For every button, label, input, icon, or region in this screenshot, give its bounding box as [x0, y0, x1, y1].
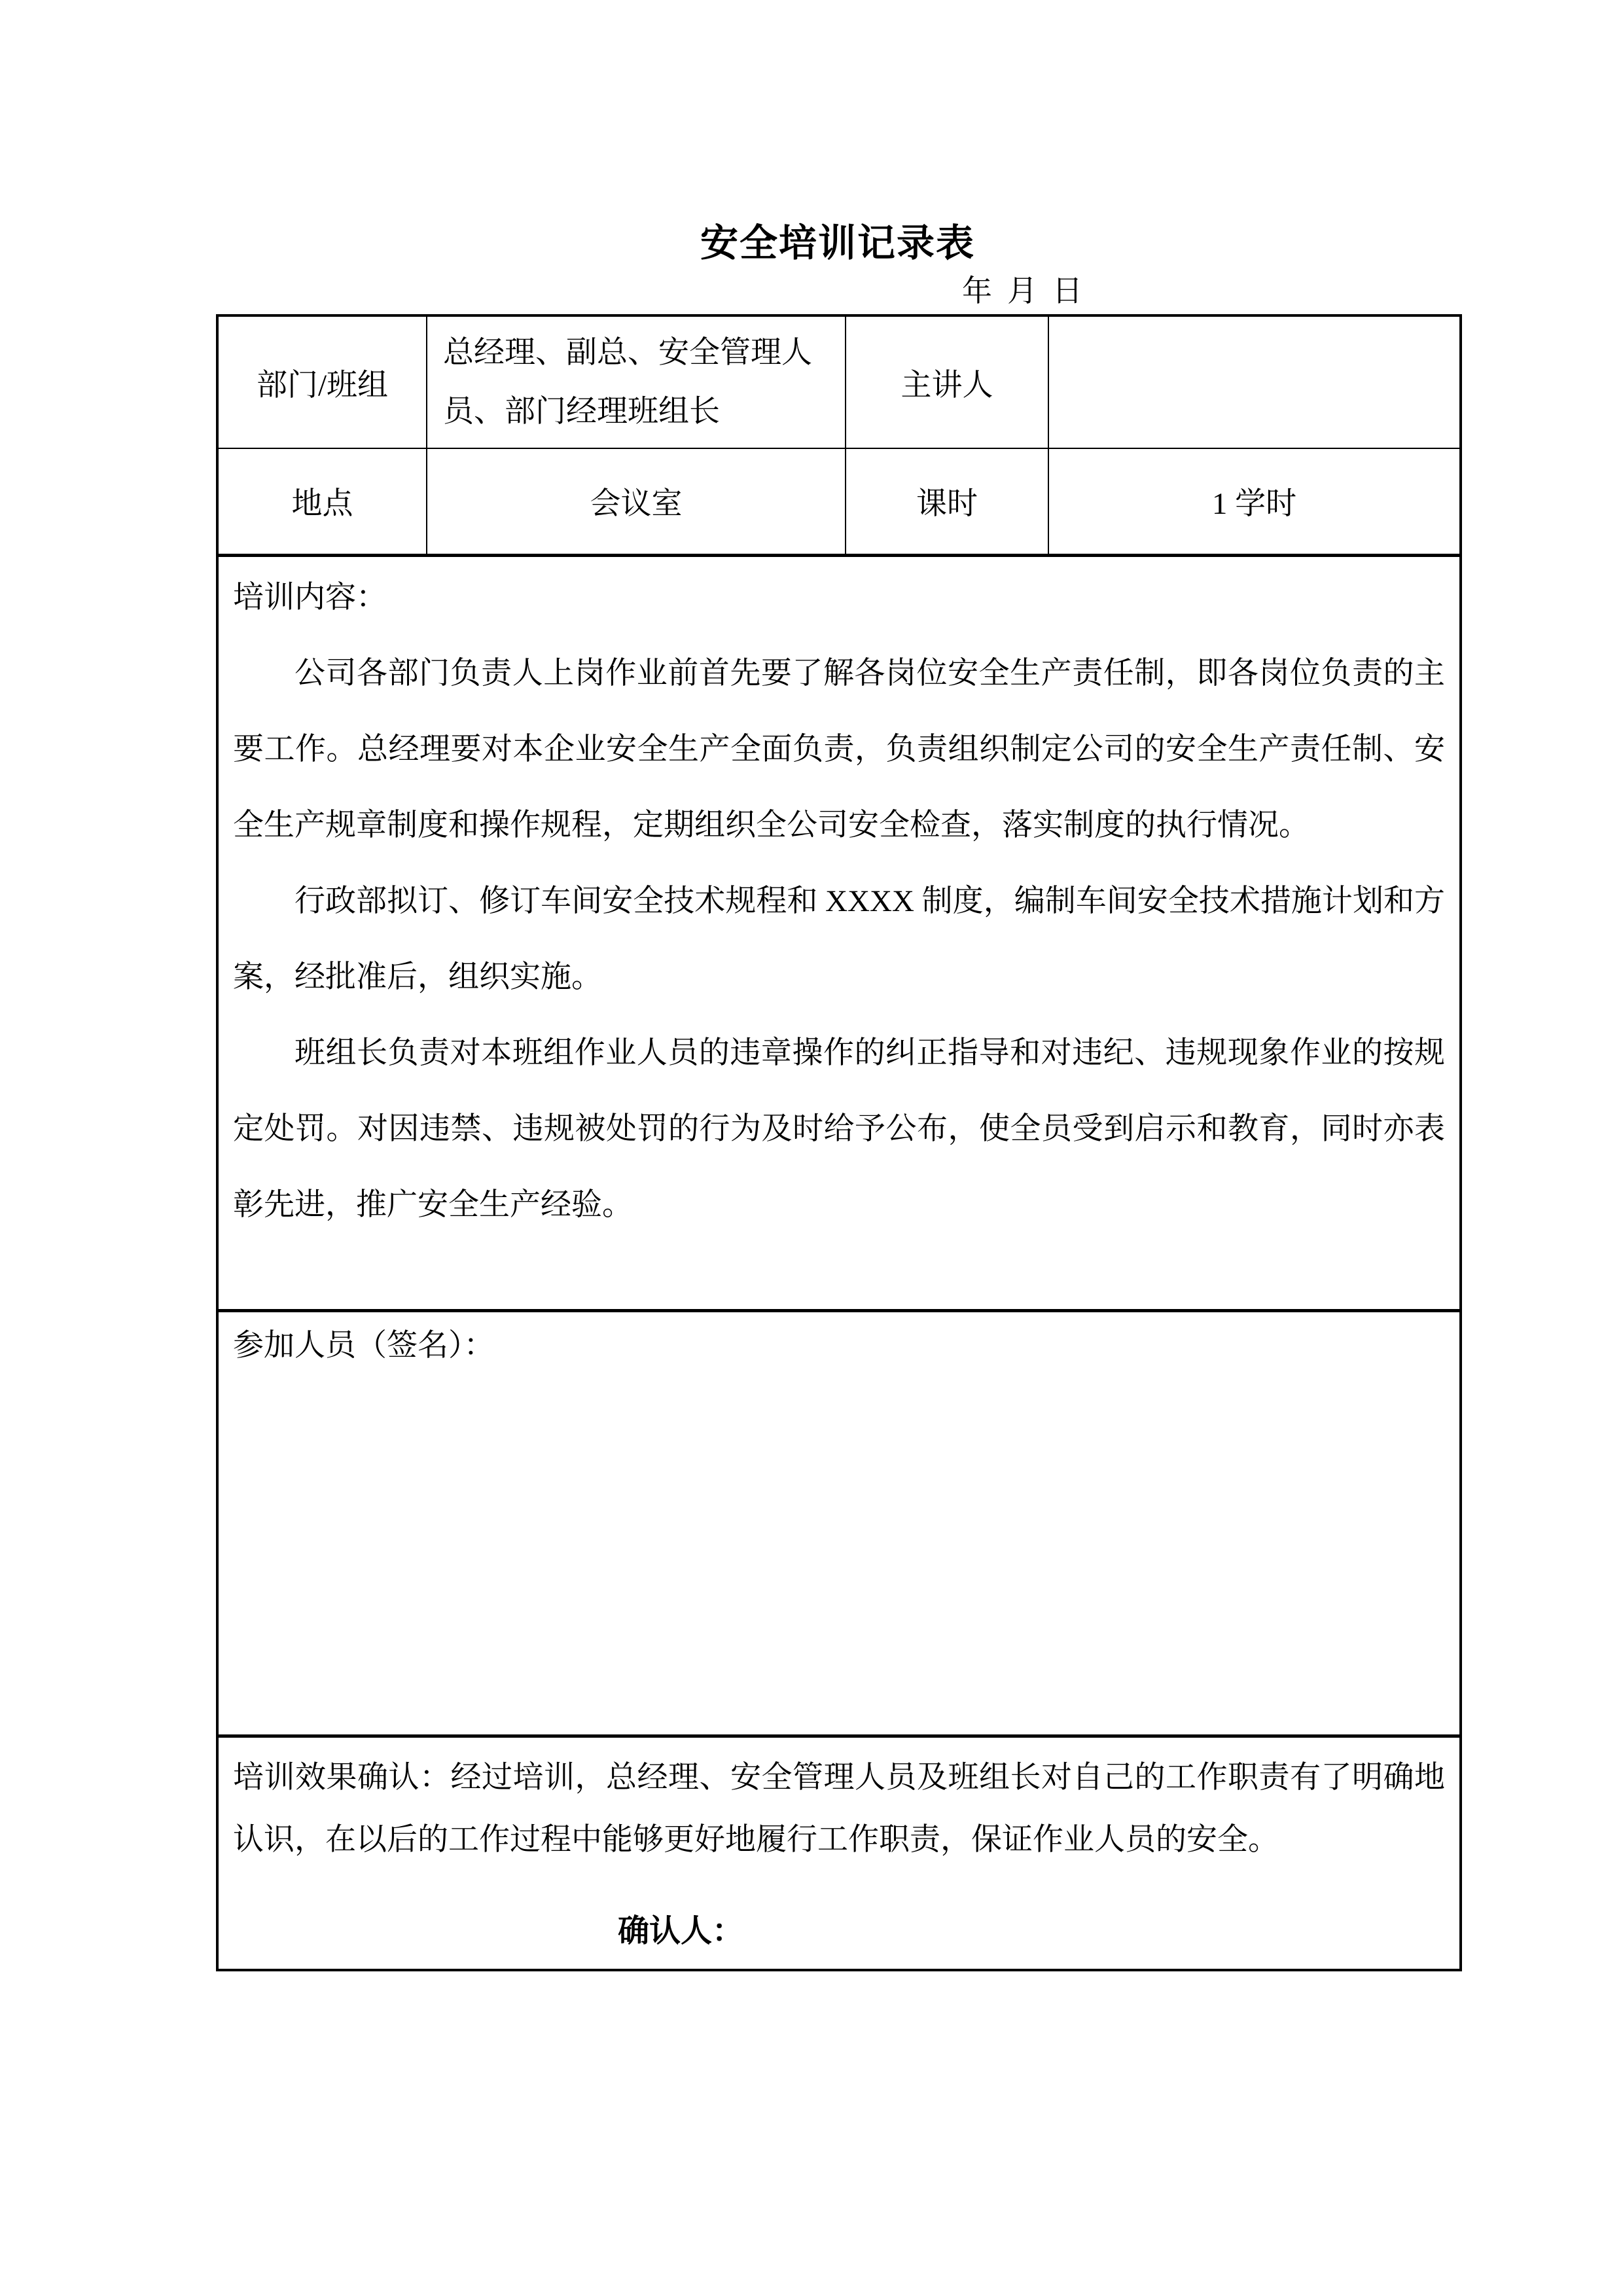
class-hours-value: 1 学时 — [1048, 448, 1461, 555]
training-content-cell: 培训内容： 公司各部门负责人上岗作业前首先要了解各岗位安全生产责任制，即各岗位负… — [217, 555, 1461, 1310]
confirmer-label: 确认人： — [233, 1912, 1445, 1951]
participants-heading: 参加人员（签名）： — [233, 1315, 1445, 1366]
page-title: 安全培训记录表 — [216, 217, 1459, 270]
page-content: 安全培训记录表 年 月 日 部门/班组 总经理、副总、安全管理人员、部门经理班组… — [216, 0, 1459, 1971]
table-row-training-content: 培训内容： 公司各部门负责人上岗作业前首先要了解各岗位安全生产责任制，即各岗位负… — [217, 555, 1461, 1310]
training-content-paragraph: 行政部拟订、修订车间安全技术规程和 XXXX 制度，编制车间安全技术措施计划和方… — [233, 863, 1445, 1015]
location-label: 地点 — [217, 448, 427, 555]
confirmation-cell: 培训效果确认：经过培训，总经理、安全管理人员及班组长对自己的工作职责有了明确地认… — [217, 1736, 1461, 1970]
table-row-department: 部门/班组 总经理、副总、安全管理人员、部门经理班组长 主讲人 — [217, 315, 1461, 448]
training-content-paragraph: 班组长负责对本班组作业人员的违章操作的纠正指导和对违纪、违规现象作业的按规定处罚… — [233, 1015, 1445, 1243]
participants-signature-cell: 参加人员（签名）： — [217, 1310, 1461, 1736]
training-content-paragraph: 公司各部门负责人上岗作业前首先要了解各岗位安全生产责任制，即各岗位负责的主要工作… — [233, 636, 1445, 863]
confirmation-text: 培训效果确认：经过培训，总经理、安全管理人员及班组长对自己的工作职责有了明确地认… — [233, 1740, 1445, 1871]
lecturer-label: 主讲人 — [846, 315, 1048, 448]
table-row-confirmation: 培训效果确认：经过培训，总经理、安全管理人员及班组长对自己的工作职责有了明确地认… — [217, 1736, 1461, 1970]
class-hours-label: 课时 — [846, 448, 1048, 555]
training-record-table: 部门/班组 总经理、副总、安全管理人员、部门经理班组长 主讲人 地点 会议室 课… — [216, 314, 1462, 1971]
table-row-participants: 参加人员（签名）： — [217, 1310, 1461, 1736]
training-content-heading: 培训内容： — [233, 560, 1445, 636]
document-page: { "document": { "title": "安全培训记录表", "dat… — [0, 0, 1623, 2296]
location-value: 会议室 — [427, 448, 846, 555]
table-row-location: 地点 会议室 课时 1 学时 — [217, 448, 1461, 555]
department-value: 总经理、副总、安全管理人员、部门经理班组长 — [427, 315, 846, 448]
department-label: 部门/班组 — [217, 315, 427, 448]
lecturer-value — [1048, 315, 1461, 448]
date-line: 年 月 日 — [216, 275, 1459, 308]
